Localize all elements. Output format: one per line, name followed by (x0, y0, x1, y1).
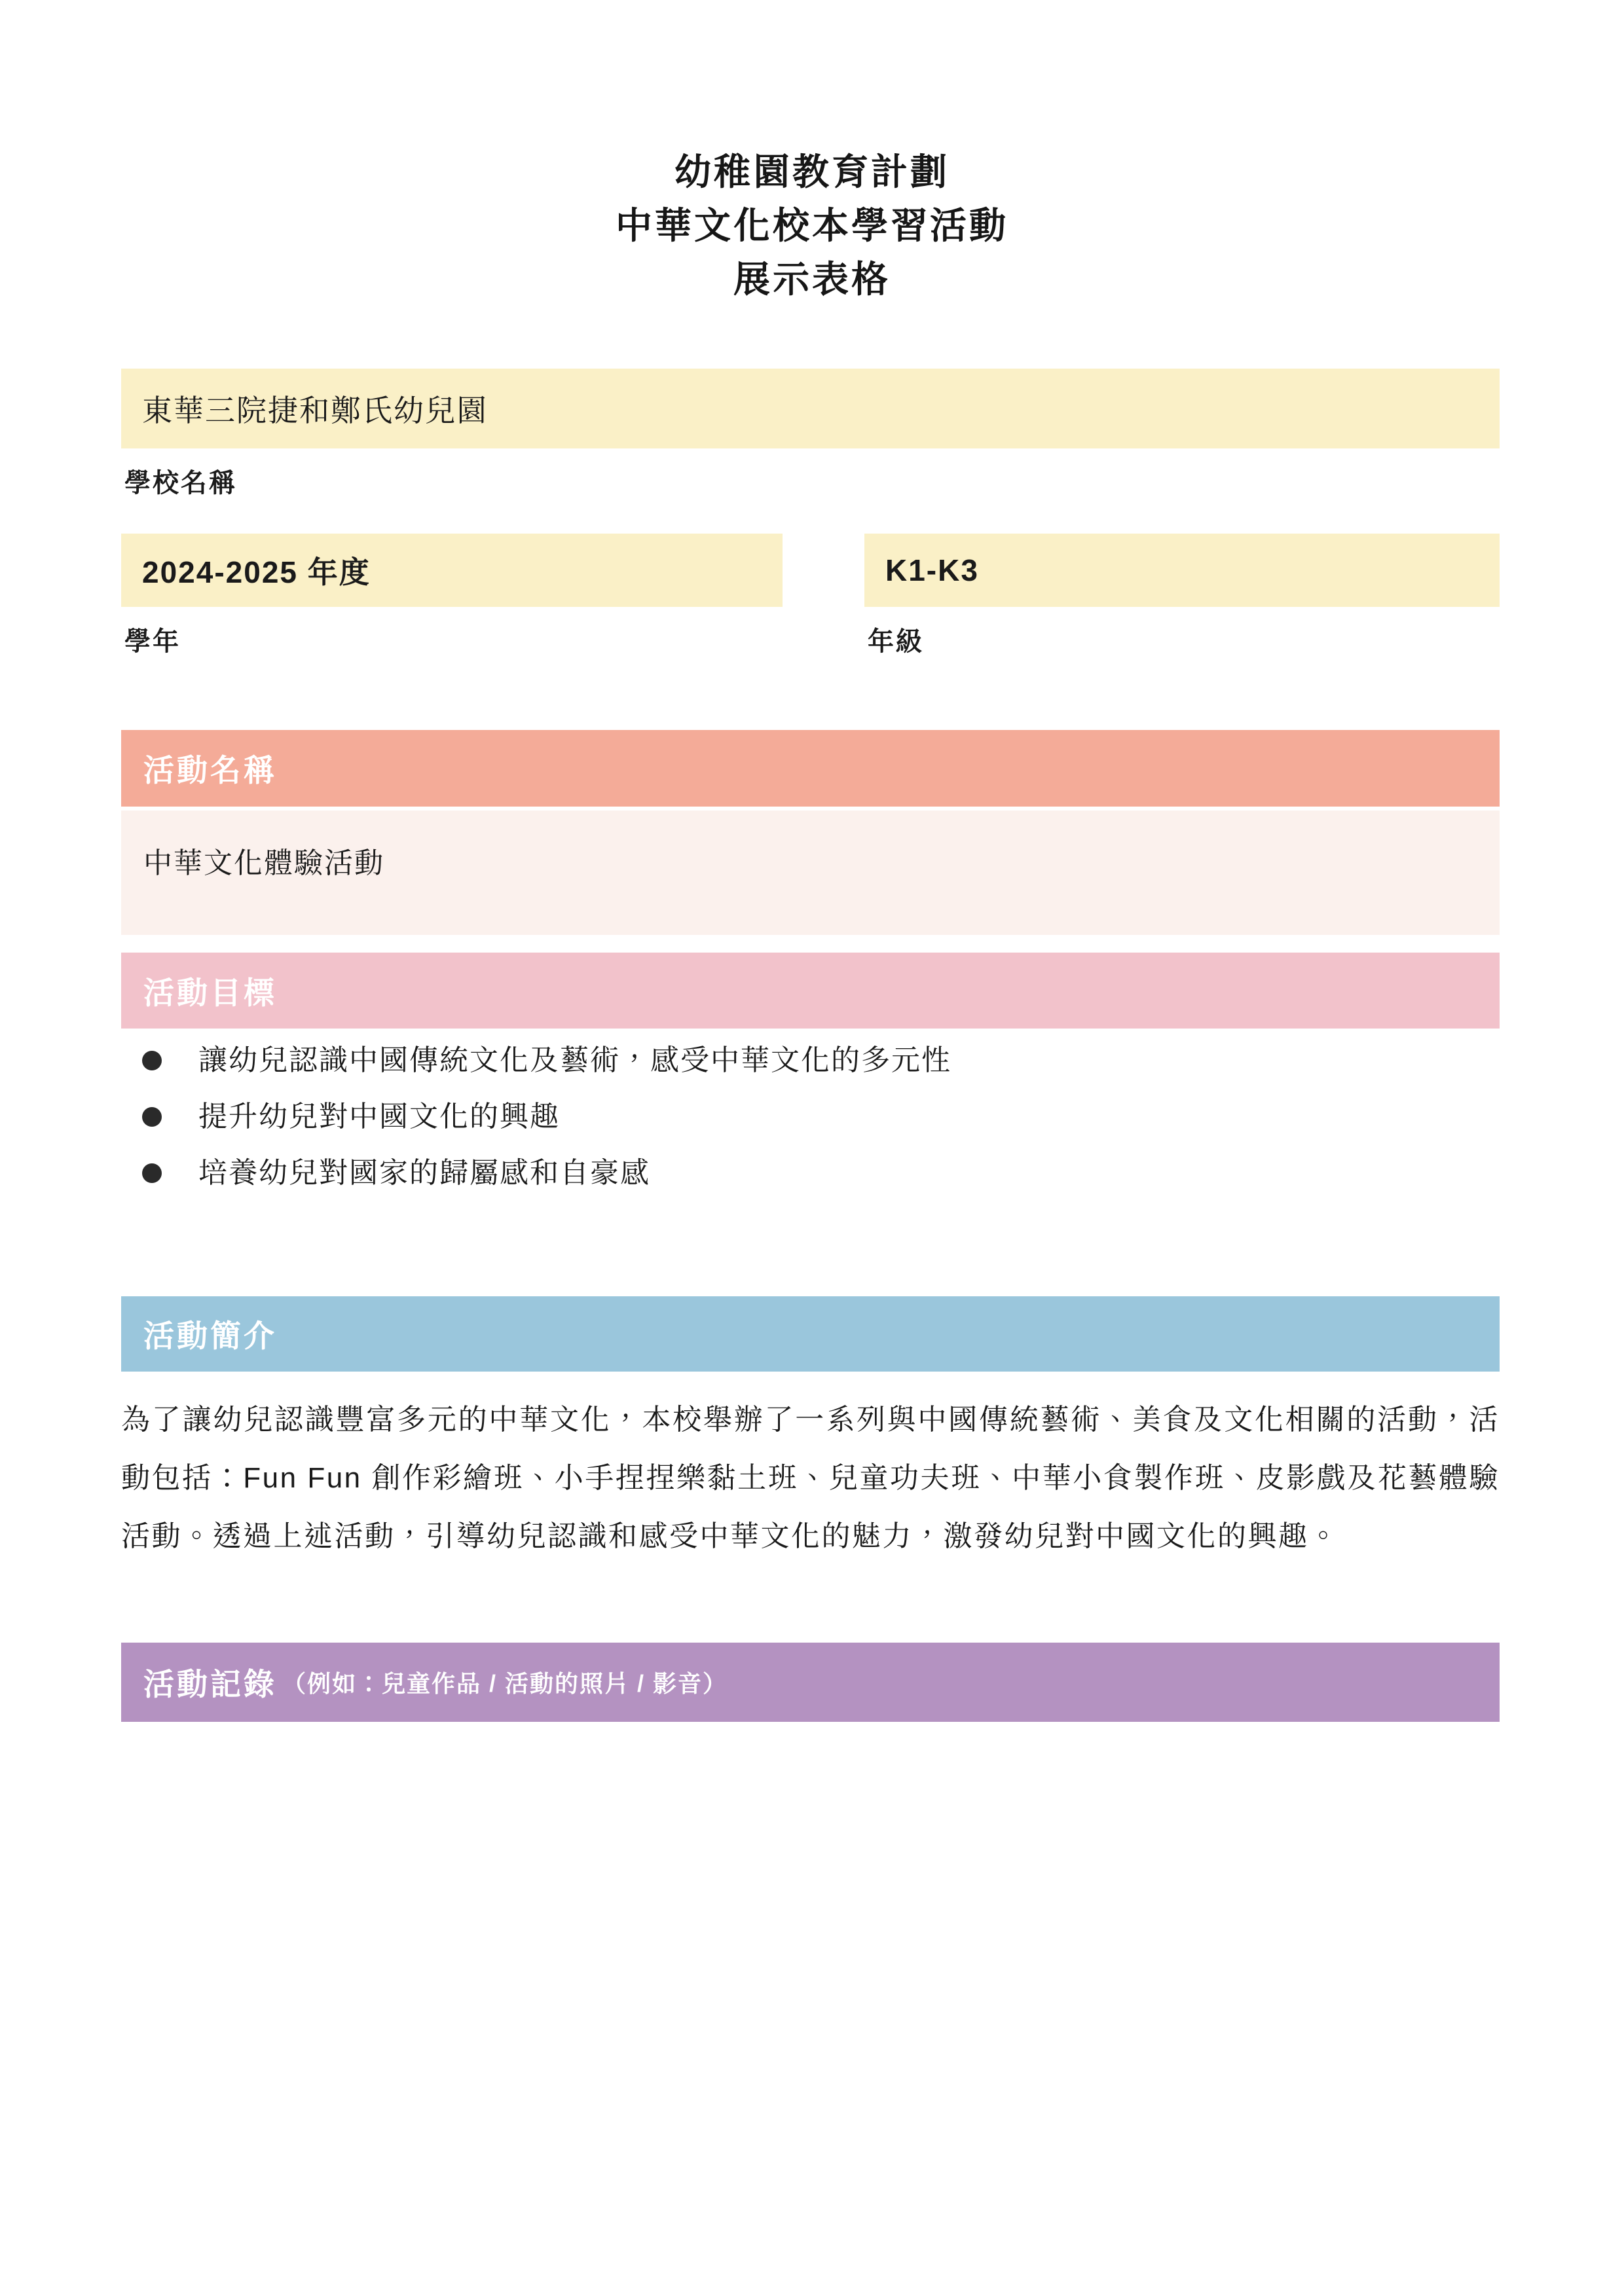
activity-summary-header-text: 活動簡介 (143, 1312, 277, 1356)
page-title-line-1: 幼稚園教育計劃 (0, 145, 1624, 199)
activity-name-section-header: 活動名稱 (121, 730, 1500, 807)
grade-field: K1-K3 (864, 534, 1500, 607)
activity-objectives-list: 讓幼兒認識中國傳統文化及藝術，感受中華文化的多元性 提升幼兒對中國文化的興趣 培… (121, 1041, 1500, 1210)
objective-text: 提升幼兒對中國文化的興趣 (198, 1097, 560, 1137)
school-name-value: 東華三院捷和鄭氏幼兒園 (142, 387, 488, 430)
activity-objectives-header-text: 活動目標 (143, 969, 277, 1013)
objective-item: 讓幼兒認識中國傳統文化及藝術，感受中華文化的多元性 (121, 1041, 1500, 1080)
page-title-line-3: 展示表格 (0, 253, 1624, 306)
school-year-field: 2024-2025 年度 (121, 534, 783, 607)
objective-item: 培養幼兒對國家的歸屬感和自豪感 (121, 1154, 1500, 1193)
page-title: 幼稚園教育計劃 中華文化校本學習活動 展示表格 (0, 145, 1624, 306)
objective-text: 讓幼兒認識中國傳統文化及藝術，感受中華文化的多元性 (198, 1041, 951, 1080)
activity-records-header-text: 活動記錄 (143, 1660, 277, 1704)
activity-name-value: 中華文化體驗活動 (143, 847, 384, 879)
objective-item: 提升幼兒對中國文化的興趣 (121, 1097, 1500, 1137)
objective-text: 培養幼兒對國家的歸屬感和自豪感 (198, 1154, 650, 1193)
bullet-dot-icon (142, 1107, 162, 1127)
grade-value: K1-K3 (885, 553, 979, 588)
school-name-field: 東華三院捷和鄭氏幼兒園 (121, 369, 1500, 448)
school-year-value: 2024-2025 年度 (142, 549, 371, 592)
grade-label: 年級 (868, 621, 924, 658)
bullet-dot-icon (142, 1163, 162, 1183)
activity-records-section-header: 活動記錄 （例如：兒童作品 / 活動的照片 / 影音） (121, 1643, 1500, 1722)
school-name-label: 學校名稱 (124, 462, 237, 500)
activity-summary-section-header: 活動簡介 (121, 1296, 1500, 1372)
activity-summary-text: 為了讓幼兒認識豐富多元的中華文化，本校舉辦了一系列與中國傳統藝術、美食及文化相關… (121, 1391, 1500, 1565)
school-year-label: 學年 (124, 621, 181, 658)
activity-records-hint: （例如：兒童作品 / 活動的照片 / 影音） (282, 1666, 728, 1699)
bullet-dot-icon (142, 1051, 162, 1070)
document-page: 幼稚園教育計劃 中華文化校本學習活動 展示表格 東華三院捷和鄭氏幼兒園 學校名稱… (0, 0, 1624, 2296)
activity-name-header-text: 活動名稱 (143, 746, 277, 790)
page-title-line-2: 中華文化校本學習活動 (0, 199, 1624, 253)
activity-name-body: 中華文化體驗活動 (121, 811, 1500, 935)
activity-objectives-section-header: 活動目標 (121, 953, 1500, 1029)
